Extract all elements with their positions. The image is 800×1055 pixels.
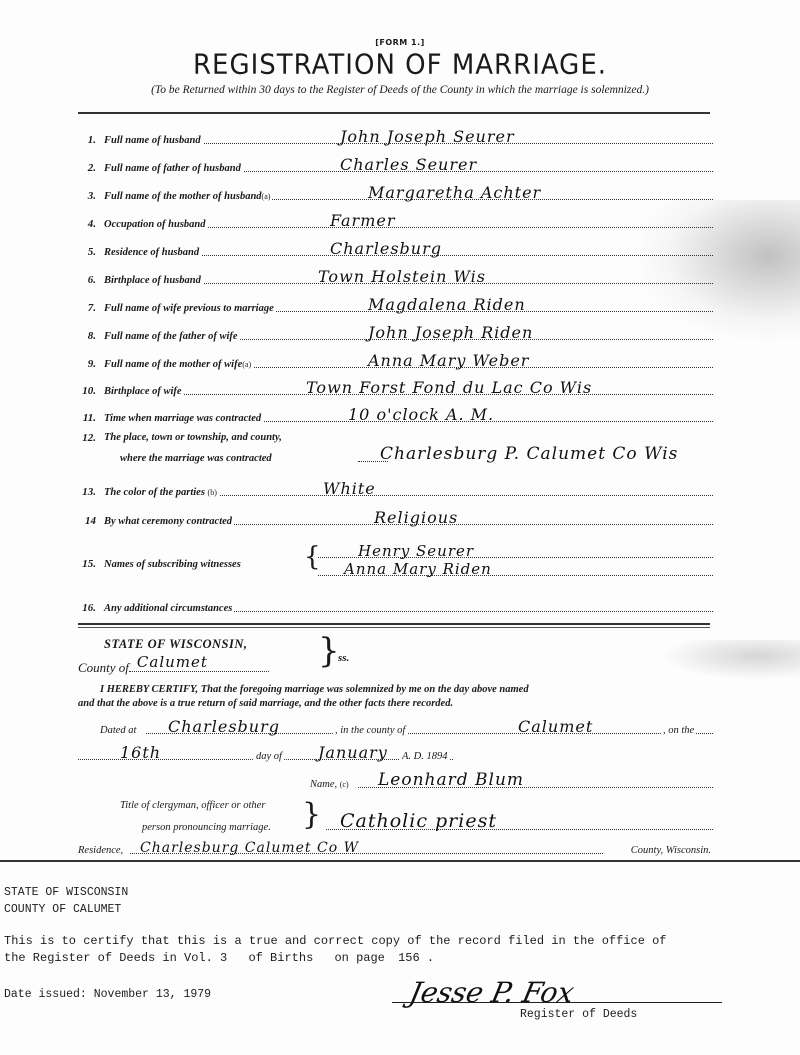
field-label: Birthplace of wife	[104, 386, 184, 397]
record-type: of Births	[248, 951, 313, 965]
witness-1: Henry Seurer	[358, 542, 474, 560]
field-number: 11.	[78, 412, 96, 424]
field-number: 10.	[78, 385, 96, 397]
county-blank: Calumet	[129, 671, 269, 672]
residence-line: Residence, Charlesburg Calumet Co W Coun…	[78, 836, 713, 858]
day-of-label: day of	[254, 751, 284, 762]
label-text: Name,	[310, 779, 337, 790]
field-number: 6.	[78, 274, 96, 286]
field-label: Full name of the mother of wife(a)	[104, 359, 253, 370]
date-issued-line: Date issued: November 13, 1979	[4, 988, 211, 1001]
field-label: Full name of father of husband	[104, 163, 243, 174]
field-number: 1.	[78, 134, 96, 146]
date-issued-label: Date issued:	[4, 988, 87, 1001]
section-rule	[78, 627, 710, 628]
field-label-line2: where the marriage was contracted	[120, 453, 274, 464]
field-number: 13.	[78, 486, 96, 498]
footnote-ref: (a)	[242, 360, 251, 369]
bottom-rule	[0, 860, 800, 862]
field-wife-mother: 9. Full name of the mother of wife(a) An…	[78, 350, 713, 372]
field-additional-circumstances: 16. Any additional circumstances	[78, 594, 713, 616]
title-label-1: Title of clergyman, officer or other	[120, 800, 265, 811]
field-label: Full name of the mother of husband(a)	[104, 191, 272, 202]
field-number: 8.	[78, 330, 96, 342]
field-number: 5.	[78, 246, 96, 258]
day-value: 16th	[120, 743, 161, 762]
certify-statement-1: I HEREBY CERTIFY, That the foregoing mar…	[100, 684, 529, 695]
field-number: 9.	[78, 358, 96, 370]
field-value: Margaretha Achter	[368, 183, 541, 202]
county-line: County ofCalumet	[78, 660, 269, 676]
field-number: 14	[78, 515, 96, 527]
officiant-title-line: Catholic priest	[78, 812, 713, 834]
dated-at-label: Dated at	[100, 725, 138, 736]
field-number: 2.	[78, 162, 96, 174]
field-number: 7.	[78, 302, 96, 314]
dated-at-value: Charlesburg	[168, 717, 280, 736]
section-rule	[78, 623, 710, 625]
page-number: 156 .	[398, 951, 434, 965]
footnote-ref: (c)	[340, 780, 349, 789]
field-number: 12.	[78, 432, 96, 444]
field-number: 4.	[78, 218, 96, 230]
day-line: 16th day of January A. D. 1894	[78, 742, 713, 764]
field-value: Magdalena Riden	[368, 295, 526, 314]
field-value: White	[323, 479, 376, 498]
field-wife-name: 7. Full name of wife previous to marriag…	[78, 294, 713, 316]
field-label: Birthplace of husband	[104, 275, 203, 286]
year-label: A. D. 1894	[400, 751, 450, 762]
field-number: 15.	[78, 558, 96, 570]
on-the-label: , on the	[661, 725, 696, 736]
officiant-title: Catholic priest	[340, 810, 497, 832]
field-label: The place, town or township, and county,	[104, 432, 284, 443]
date-issued-value: November 13, 1979	[94, 988, 211, 1001]
page-label: on page	[334, 951, 384, 965]
field-marriage-time: 11. Time when marriage was contracted 10…	[78, 404, 713, 426]
field-wife-father: 8. Full name of the father of wife John …	[78, 322, 713, 344]
dated-at-line: Dated at Charlesburg , in the county of …	[78, 716, 713, 738]
residence-suffix: County, Wisconsin.	[631, 845, 713, 856]
document-subtitle: (To be Returned within 30 days to the Re…	[0, 84, 800, 96]
copy-state: STATE OF WISCONSIN	[4, 886, 128, 899]
field-label: Full name of husband	[104, 135, 203, 146]
volume-text: the Register of Deeds in Vol. 3	[4, 951, 227, 965]
field-witnesses: 15. Names of subscribing witnesses { Hen…	[78, 540, 713, 580]
copy-county: COUNTY OF CALUMET	[4, 903, 121, 916]
field-label: The color of the parties (b)	[104, 487, 219, 498]
field-value: Charlesburg	[330, 239, 442, 258]
copy-statement-2: the Register of Deeds in Vol. 3 of Birth…	[4, 951, 434, 965]
ss-abbrev: ss.	[338, 652, 349, 664]
county-label: County of	[78, 660, 129, 675]
top-rule	[78, 112, 710, 114]
form-number: [FORM 1.]	[0, 38, 800, 47]
field-marriage-place: 12. The place, town or township, and cou…	[78, 430, 713, 466]
field-number: 3.	[78, 190, 96, 202]
field-label: Time when marriage was contracted	[104, 413, 263, 424]
witness-2: Anna Mary Riden	[344, 560, 492, 578]
label-text: Full name of the mother of husband	[104, 191, 262, 202]
field-label: By what ceremony contracted	[104, 516, 234, 527]
field-ceremony: 14 By what ceremony contracted Religious	[78, 507, 713, 529]
county-value: Calumet	[137, 653, 208, 671]
label-text: The color of the parties	[104, 487, 205, 498]
field-label: Full name of the father of wife	[104, 331, 240, 342]
field-husband-birthplace: 6. Birthplace of husband Town Holstein W…	[78, 266, 713, 288]
state-heading: STATE OF WISCONSIN,	[104, 637, 247, 652]
field-label: Occupation of husband	[104, 219, 208, 230]
footnote-ref: (a)	[262, 192, 271, 201]
document-title: REGISTRATION OF MARRIAGE.	[0, 49, 800, 81]
brace: }	[318, 634, 340, 668]
officiant-name-line: Name, (c) Leonhard Blum	[78, 770, 713, 792]
officiant-name: Leonhard Blum	[378, 770, 524, 790]
field-value: Charlesburg P. Calumet Co Wis	[380, 444, 678, 464]
scan-smudge	[660, 640, 800, 680]
county-of-value: Calumet	[518, 717, 593, 736]
residence-label: Residence,	[78, 845, 125, 856]
signature-title: Register of Deeds	[520, 1008, 637, 1021]
register-signature: Jesse P. Fox	[406, 976, 577, 1009]
signature-line	[392, 1002, 722, 1003]
field-value: Farmer	[330, 211, 396, 230]
field-label: Names of subscribing witnesses	[104, 559, 243, 570]
field-color-of-parties: 13. The color of the parties (b) White	[78, 478, 713, 500]
field-value: John Joseph Seurer	[340, 127, 515, 146]
field-value: John Joseph Riden	[368, 323, 533, 342]
footnote-ref: (b)	[208, 488, 217, 497]
field-husband-name: 1. Full name of husband John Joseph Seur…	[78, 126, 713, 148]
field-husband-father: 2. Full name of father of husband Charle…	[78, 154, 713, 176]
copy-statement-1: This is to certify that this is a true a…	[4, 934, 667, 948]
field-value: Charles Seurer	[340, 155, 477, 174]
field-value: Anna Mary Weber	[368, 351, 529, 370]
name-label: Name, (c)	[310, 779, 351, 790]
field-value: Town Holstein Wis	[318, 267, 486, 286]
residence-value: Charlesburg Calumet Co W	[140, 840, 359, 856]
field-value: Religious	[374, 508, 458, 527]
field-value: Town Forst Fond du Lac Co Wis	[306, 378, 592, 397]
field-wife-birthplace: 10. Birthplace of wife Town Forst Fond d…	[78, 377, 713, 399]
field-husband-residence: 5. Residence of husband Charlesburg	[78, 238, 713, 260]
certify-statement-2: and that the above is a true return of s…	[78, 698, 453, 709]
field-value: 10 o'clock A. M.	[348, 405, 494, 424]
field-label: Full name of wife previous to marriage	[104, 303, 276, 314]
field-husband-mother: 3. Full name of the mother of husband(a)…	[78, 182, 713, 204]
label-text: Full name of the mother of wife	[104, 359, 242, 370]
field-label: Residence of husband	[104, 247, 201, 258]
county-of-label: , in the county of	[333, 725, 407, 736]
field-label: Any additional circumstances	[104, 603, 234, 614]
month-value: January	[318, 743, 388, 762]
field-husband-occupation: 4. Occupation of husband Farmer	[78, 210, 713, 232]
field-number: 16.	[78, 602, 96, 614]
